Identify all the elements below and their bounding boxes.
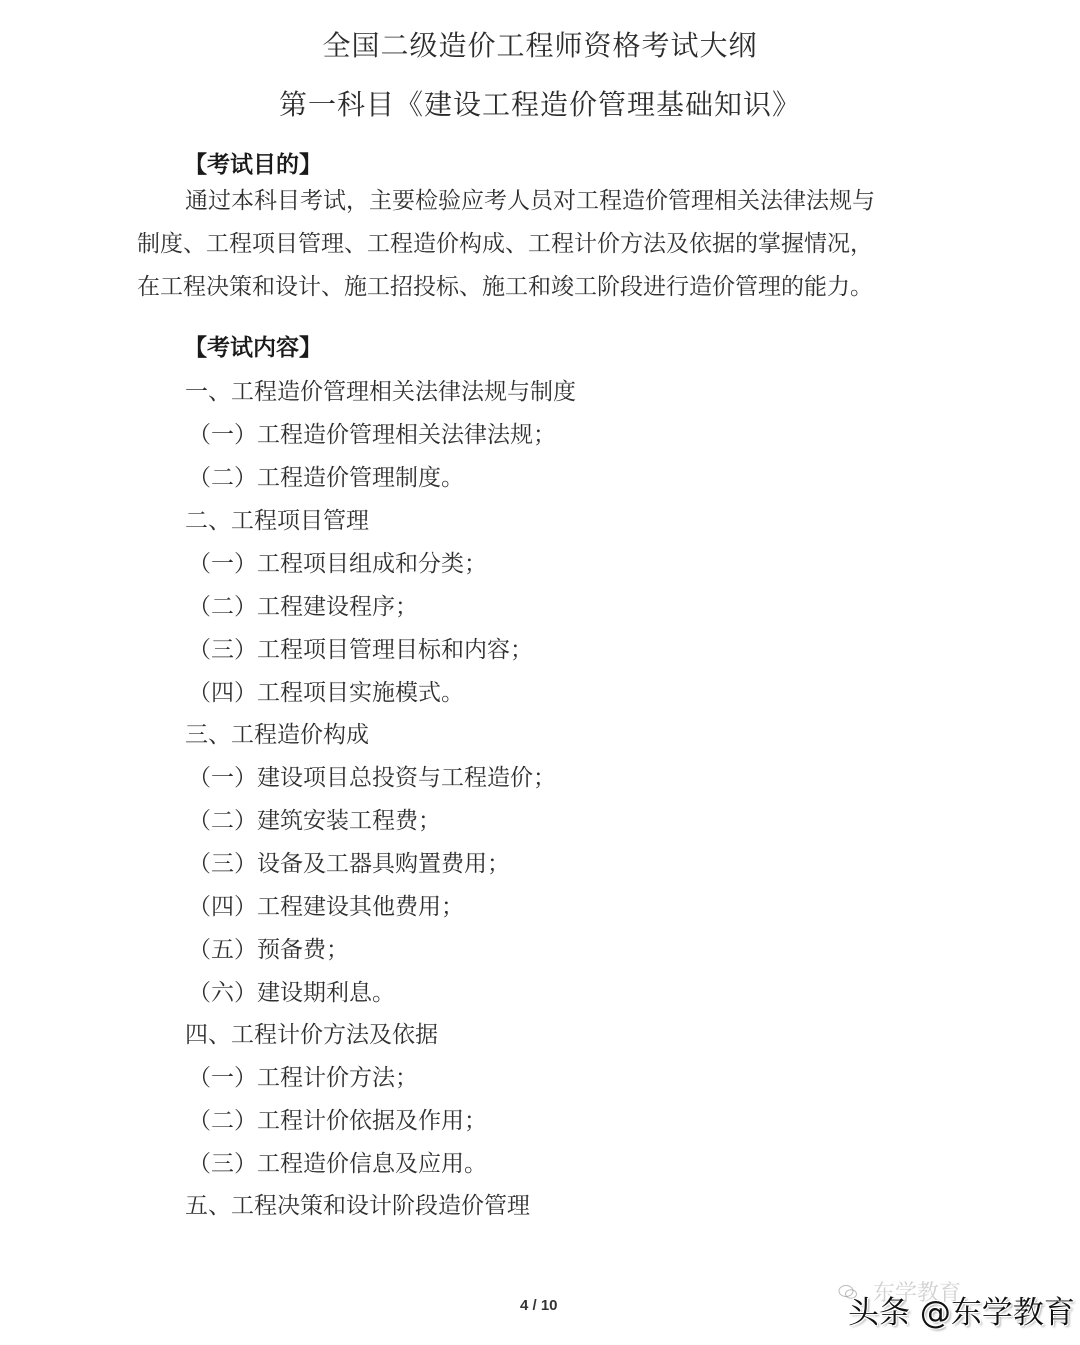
list-item: （二）工程计价依据及作用； <box>188 1102 487 1135</box>
exam-purpose-heading: 【考试目的】 <box>184 146 322 179</box>
list-item: （一）工程造价管理相关法律法规； <box>188 416 556 449</box>
section-title: 四、工程计价方法及依据 <box>185 1016 438 1049</box>
document-page: 全国二级造价工程师资格考试大纲 第一科目《建设工程造价管理基础知识》 【考试目的… <box>0 0 1080 1345</box>
section-title: 一、工程造价管理相关法律法规与制度 <box>185 373 576 406</box>
exam-content-heading: 【考试内容】 <box>184 329 322 362</box>
paragraph-line: 通过本科目考试，主要检验应考人员对工程造价管理相关法律法规与 <box>137 180 957 223</box>
exam-purpose-paragraph: 通过本科目考试，主要检验应考人员对工程造价管理相关法律法规与 制度、工程项目管理… <box>137 180 957 309</box>
section-title: 三、工程造价构成 <box>185 716 369 749</box>
list-item: （二）工程造价管理制度。 <box>188 459 464 492</box>
list-item: （五）预备费； <box>188 931 349 964</box>
toutiao-watermark: 头条 @东学教育 <box>848 1287 1075 1332</box>
list-item: （三）设备及工器具购置费用； <box>188 845 510 878</box>
list-item: （一）工程项目组成和分类； <box>188 545 487 578</box>
list-item: （三）工程造价信息及应用。 <box>188 1145 487 1178</box>
document-title: 全国二级造价工程师资格考试大纲 <box>0 24 1080 64</box>
page-indicator: 4 / 10 <box>520 1297 558 1314</box>
document-subtitle: 第一科目《建设工程造价管理基础知识》 <box>0 83 1080 123</box>
section-title: 二、工程项目管理 <box>185 502 369 535</box>
list-item: （六）建设期利息。 <box>188 974 395 1007</box>
list-item: （一）工程计价方法； <box>188 1059 418 1092</box>
paragraph-line: 在工程决策和设计、施工招投标、施工和竣工阶段进行造价管理的能力。 <box>137 266 957 309</box>
list-item: （四）工程项目实施模式。 <box>188 674 464 707</box>
list-item: （四）工程建设其他费用； <box>188 888 464 921</box>
list-item: （三）工程项目管理目标和内容； <box>188 631 533 664</box>
paragraph-line: 制度、工程项目管理、工程造价构成、工程计价方法及依据的掌握情况， <box>137 223 957 266</box>
list-item: （一）建设项目总投资与工程造价； <box>188 759 556 792</box>
list-item: （二）工程建设程序； <box>188 588 418 621</box>
list-item: （二）建筑安装工程费； <box>188 802 441 835</box>
section-title: 五、工程决策和设计阶段造价管理 <box>185 1187 530 1220</box>
